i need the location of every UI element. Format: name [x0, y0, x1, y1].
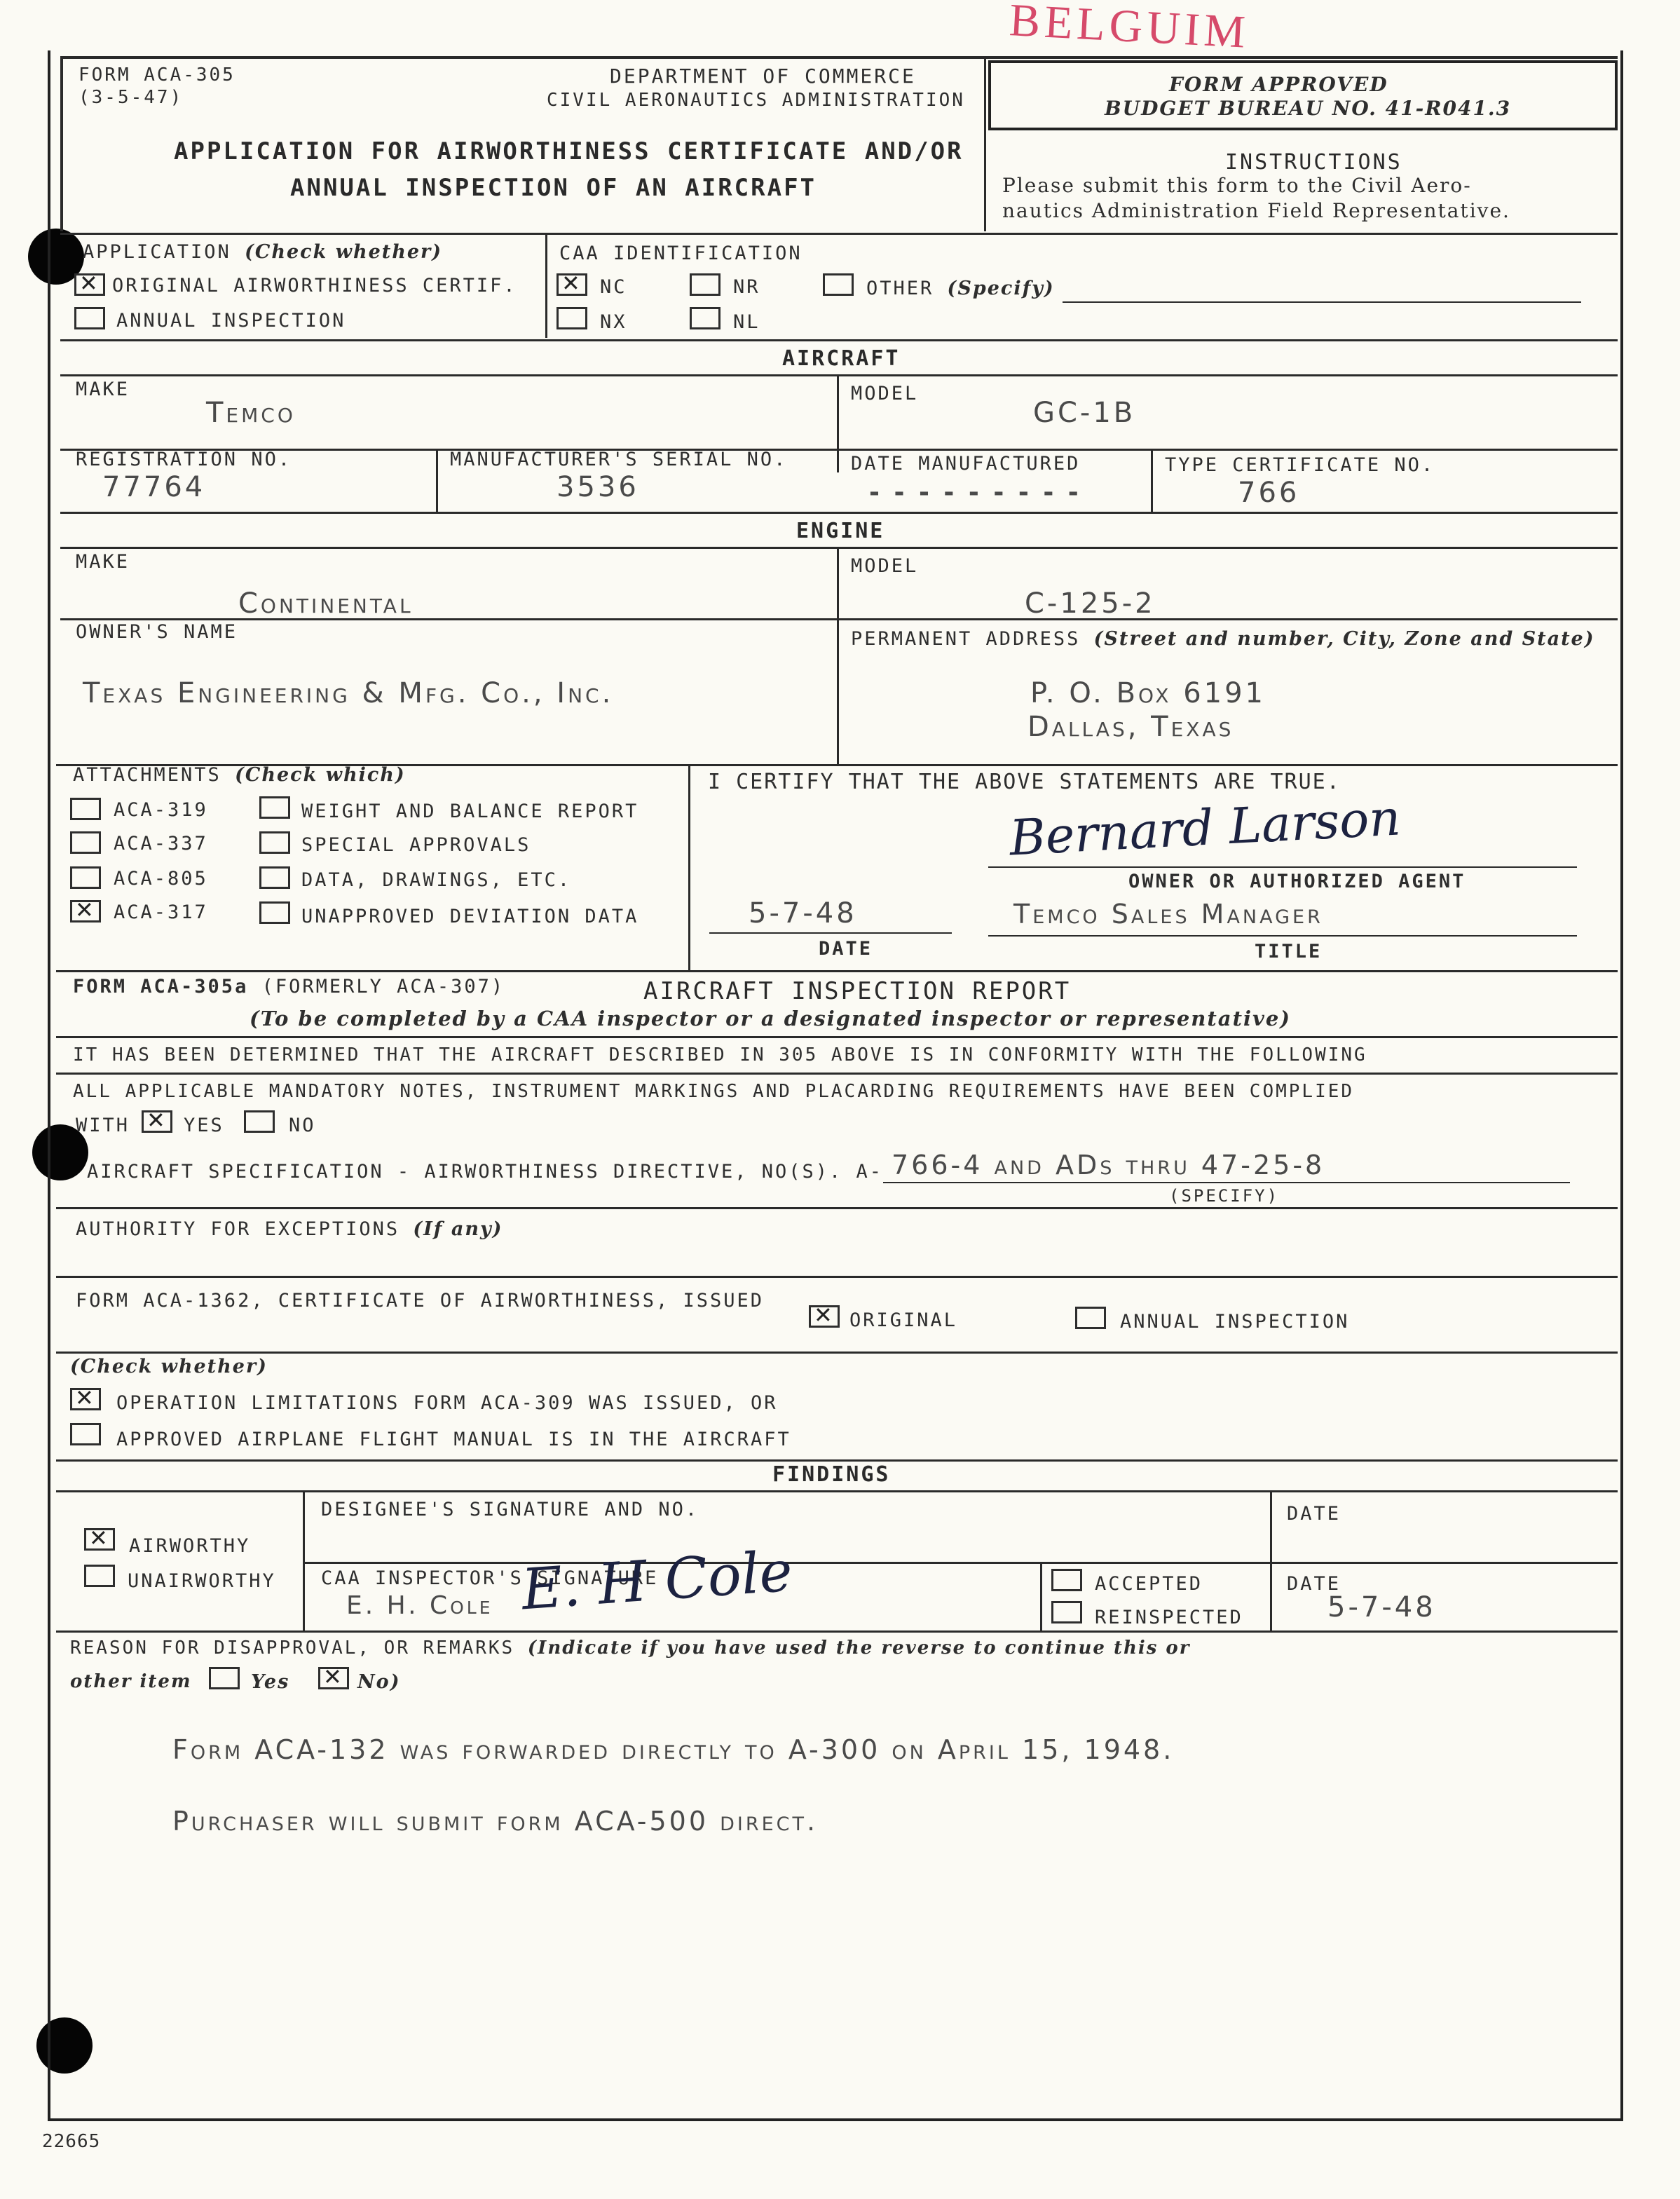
- checkbox-data-drawings[interactable]: [259, 866, 290, 889]
- application-label: APPLICATION (Check whether): [83, 241, 442, 263]
- attachment-aca-337: ACA-337: [114, 833, 208, 855]
- serial-label: MANUFACTURER'S SERIAL NO.: [450, 449, 787, 470]
- divider: [303, 1490, 305, 1630]
- cert-original-label: ORIGINAL: [849, 1309, 957, 1331]
- designee-signature-label: DESIGNEE'S SIGNATURE AND NO.: [321, 1499, 699, 1520]
- inspection-report-title: AIRCRAFT INSPECTION REPORT: [643, 977, 1071, 1005]
- reinspected-label: REINSPECTED: [1095, 1607, 1243, 1628]
- checkbox-airworthy[interactable]: [84, 1528, 115, 1551]
- checkbox-cert-original[interactable]: [809, 1305, 840, 1328]
- cert-annual-label: ANNUAL INSPECTION: [1120, 1311, 1349, 1333]
- signer-label: OWNER OR AUTHORIZED AGENT: [1128, 871, 1466, 892]
- checkbox-nx[interactable]: [556, 307, 587, 329]
- owner-name-value: Texas Engineering & Mfg. Co., Inc.: [83, 677, 613, 709]
- divider: [436, 449, 438, 512]
- divider: [1151, 449, 1153, 512]
- row-line: [60, 233, 1618, 235]
- address-label: PERMANENT ADDRESS (Street and number, Ci…: [851, 628, 1595, 650]
- checkbox-unapproved-deviation[interactable]: [259, 901, 290, 924]
- type-certificate-label: TYPE CERTIFICATE NO.: [1165, 454, 1435, 476]
- other-specify-field[interactable]: [1063, 301, 1581, 303]
- type-certificate-value: 766: [1238, 477, 1299, 509]
- form-approved: FORM APPROVED: [1169, 73, 1388, 96]
- row-line: [56, 1459, 1618, 1462]
- aircraft-model-label: MODEL: [851, 383, 918, 404]
- remarks-reverse-used: other item: [70, 1671, 192, 1692]
- checkbox-complied-yes[interactable]: [142, 1110, 172, 1133]
- checkbox-unairworthy[interactable]: [84, 1565, 115, 1587]
- engine-make-label: MAKE: [76, 551, 130, 573]
- attachment-weight-balance: WEIGHT AND BALANCE REPORT: [301, 801, 638, 822]
- flight-manual-label: APPROVED AIRPLANE FLIGHT MANUAL IS IN TH…: [116, 1429, 791, 1450]
- complied-yes-label: YES: [184, 1115, 224, 1136]
- findings-section-title: FINDINGS: [772, 1462, 891, 1487]
- instructions-title: INSTRUCTIONS: [1225, 150, 1402, 175]
- aircraft-section-title: AIRCRAFT: [782, 346, 901, 371]
- header-divider: [984, 56, 986, 231]
- inspection-report-subtitle: (To be completed by a CAA inspector or a…: [250, 1007, 1291, 1030]
- header-left-border: [60, 56, 63, 231]
- row-line: [56, 1352, 1618, 1354]
- attachment-unapproved-deviation: UNAPPROVED DEVIATION DATA: [301, 906, 638, 927]
- attachments-label: ATTACHMENTS (Check which): [73, 764, 406, 786]
- remarks-label: REASON FOR DISAPPROVAL, OR REMARKS (Indi…: [70, 1638, 1190, 1659]
- divider: [688, 764, 690, 972]
- divider: [1040, 1562, 1042, 1630]
- checkbox-reinspected[interactable]: [1051, 1601, 1082, 1623]
- department: DEPARTMENT OF COMMERCE: [610, 64, 916, 88]
- option-nr: NR: [733, 276, 760, 298]
- budget-bureau-no: BUDGET BUREAU NO. 41-R041.3: [1105, 97, 1511, 120]
- row-line: [303, 1562, 1618, 1564]
- row-line: [56, 1276, 1618, 1278]
- checkbox-accepted[interactable]: [1051, 1569, 1082, 1591]
- row-line: [60, 374, 1618, 376]
- address-line1: P. O. Box 6191: [1030, 677, 1266, 709]
- checkbox-nc[interactable]: [556, 273, 587, 296]
- date-label: DATE: [819, 938, 873, 960]
- checkbox-annual-inspection[interactable]: [74, 307, 105, 329]
- aircraft-make-value: Temco: [206, 397, 296, 429]
- checkbox-reverse-no[interactable]: [318, 1667, 349, 1689]
- engine-section-title: ENGINE: [796, 519, 885, 543]
- exceptions-label: AUTHORITY FOR EXCEPTIONS (If any): [76, 1218, 503, 1240]
- top-border: [60, 56, 1618, 59]
- option-nc: NC: [600, 276, 627, 298]
- registration-label: REGISTRATION NO.: [76, 449, 292, 470]
- registration-value: 77764: [102, 471, 205, 503]
- operation-limitations-label: OPERATION LIMITATIONS FORM ACA-309 WAS I…: [116, 1392, 778, 1414]
- attachment-aca-319: ACA-319: [114, 799, 208, 821]
- attachment-special-approvals: SPECIAL APPROVALS: [301, 834, 531, 856]
- date-line: [709, 932, 952, 934]
- accepted-label: ACCEPTED: [1095, 1573, 1203, 1595]
- conformity-statement: IT HAS BEEN DETERMINED THAT THE AIRCRAFT…: [73, 1044, 1367, 1066]
- attachment-data-drawings: DATA, DRAWINGS, ETC.: [301, 869, 571, 891]
- unairworthy-label: UNAIRWORTHY: [128, 1570, 276, 1592]
- reverse-yes-label: Yes: [251, 1671, 289, 1693]
- form-number: FORM ACA-305: [78, 64, 235, 86]
- airworthy-label: AIRWORTHY: [129, 1535, 250, 1557]
- caa-identification-label: CAA IDENTIFICATION: [559, 243, 803, 264]
- option-annual-inspection: ANNUAL INSPECTION: [116, 310, 346, 332]
- certificate-issued-label: FORM ACA-1362, CERTIFICATE OF AIRWORTHIN…: [76, 1290, 764, 1312]
- checkbox-weight-balance[interactable]: [259, 796, 290, 819]
- row-line: [56, 1036, 1618, 1038]
- checkbox-complied-no[interactable]: [244, 1110, 275, 1133]
- with-label: WITH: [76, 1115, 130, 1136]
- option-nx: NX: [600, 311, 627, 333]
- row-line: [56, 970, 1618, 972]
- check-whether-hint: (Check whether): [70, 1356, 268, 1377]
- divider: [1270, 1490, 1272, 1630]
- form-date: (3-5-47): [78, 87, 183, 108]
- checkbox-aca-337[interactable]: [70, 831, 101, 854]
- reverse-no-label: No): [357, 1671, 400, 1693]
- date-manufactured-label: DATE MANUFACTURED: [851, 453, 1080, 475]
- designee-date-label: DATE: [1287, 1503, 1341, 1525]
- checkbox-other[interactable]: [823, 273, 854, 296]
- agency: CIVIL AERONAUTICS ADMINISTRATION: [547, 90, 965, 111]
- form-305a-ref: FORM ACA-305a (FORMERLY ACA-307): [73, 976, 505, 998]
- spec-hint: (SPECIFY): [1169, 1186, 1279, 1206]
- form-title-line2: ANNUAL INSPECTION OF AN AIRCRAFT: [290, 174, 817, 202]
- remarks-line1: Form ACA-132 was forwarded directly to A…: [172, 1734, 1174, 1765]
- row-line: [60, 512, 1618, 514]
- checkbox-special-approvals[interactable]: [259, 831, 290, 854]
- form-title-line1: APPLICATION FOR AIRWORTHINESS CERTIFICAT…: [174, 137, 964, 165]
- certification-date: 5-7-48: [749, 897, 857, 930]
- certify-statement: I CERTIFY THAT THE ABOVE STATEMENTS ARE …: [708, 770, 1341, 794]
- attachment-aca-317: ACA-317: [114, 901, 208, 923]
- row-line: [60, 547, 1618, 549]
- row-line: [60, 618, 1618, 620]
- engine-make-value: Continental: [238, 587, 414, 620]
- checkbox-aca-319[interactable]: [70, 798, 101, 820]
- checkbox-aca-805[interactable]: [70, 866, 101, 889]
- spec-field-line: [883, 1182, 1570, 1183]
- aircraft-make-label: MAKE: [76, 379, 130, 400]
- checkbox-flight-manual[interactable]: [70, 1423, 101, 1445]
- attachment-aca-805: ACA-805: [114, 868, 208, 890]
- option-other: OTHER (Specify): [866, 278, 1055, 299]
- page-number: 22665: [42, 2131, 100, 2152]
- owner-name-label: OWNER'S NAME: [76, 621, 238, 643]
- checkbox-original-airworthiness[interactable]: [74, 273, 105, 296]
- divider: [545, 233, 547, 338]
- divider: [837, 547, 839, 764]
- divider: [837, 374, 839, 472]
- address-line2: Dallas, Texas: [1027, 711, 1234, 743]
- row-line: [56, 1490, 1618, 1492]
- row-line: [60, 449, 1618, 451]
- inspector-date-value: 5-7-48: [1327, 1591, 1436, 1623]
- title-label: TITLE: [1255, 941, 1322, 962]
- option-original-airworthiness: ORIGINAL AIRWORTHINESS CERTIF.: [112, 275, 517, 297]
- instructions-line2: nautics Administration Field Representat…: [1002, 199, 1510, 222]
- engine-model-value: C-125-2: [1025, 587, 1156, 620]
- row-line: [56, 1207, 1618, 1209]
- serial-value: 3536: [556, 471, 639, 503]
- checkbox-reverse-yes[interactable]: [209, 1667, 240, 1689]
- checkbox-nl[interactable]: [690, 307, 721, 329]
- spec-label: AIRCRAFT SPECIFICATION - AIRWORTHINESS D…: [87, 1161, 883, 1183]
- checkbox-operation-limitations[interactable]: [70, 1388, 101, 1410]
- checkbox-cert-annual[interactable]: [1075, 1307, 1106, 1329]
- engine-model-label: MODEL: [851, 555, 918, 577]
- date-manufactured-value: - - - - - - - - -: [869, 478, 1081, 507]
- inspector-name: E. H. Cole: [346, 1591, 493, 1620]
- title-line: [988, 935, 1577, 937]
- checkbox-aca-317[interactable]: [70, 900, 101, 923]
- row-line: [56, 1073, 1618, 1075]
- instructions-line1: Please submit this form to the Civil Aer…: [1002, 174, 1472, 197]
- signature-line: [988, 866, 1577, 868]
- remarks-line2: Purchaser will submit form ACA-500 direc…: [172, 1806, 818, 1837]
- row-line: [56, 1630, 1618, 1633]
- option-nl: NL: [733, 311, 760, 333]
- mandatory-notes-statement: ALL APPLICABLE MANDATORY NOTES, INSTRUME…: [73, 1081, 1354, 1102]
- complied-no-label: NO: [289, 1115, 316, 1136]
- aircraft-model-value: GC-1B: [1033, 397, 1135, 429]
- row-line: [60, 339, 1618, 341]
- checkbox-nr[interactable]: [690, 273, 721, 296]
- spec-value: 766-4 and ADs thru 47-25-8: [892, 1150, 1325, 1180]
- certification-title: Temco Sales Manager: [1013, 899, 1323, 930]
